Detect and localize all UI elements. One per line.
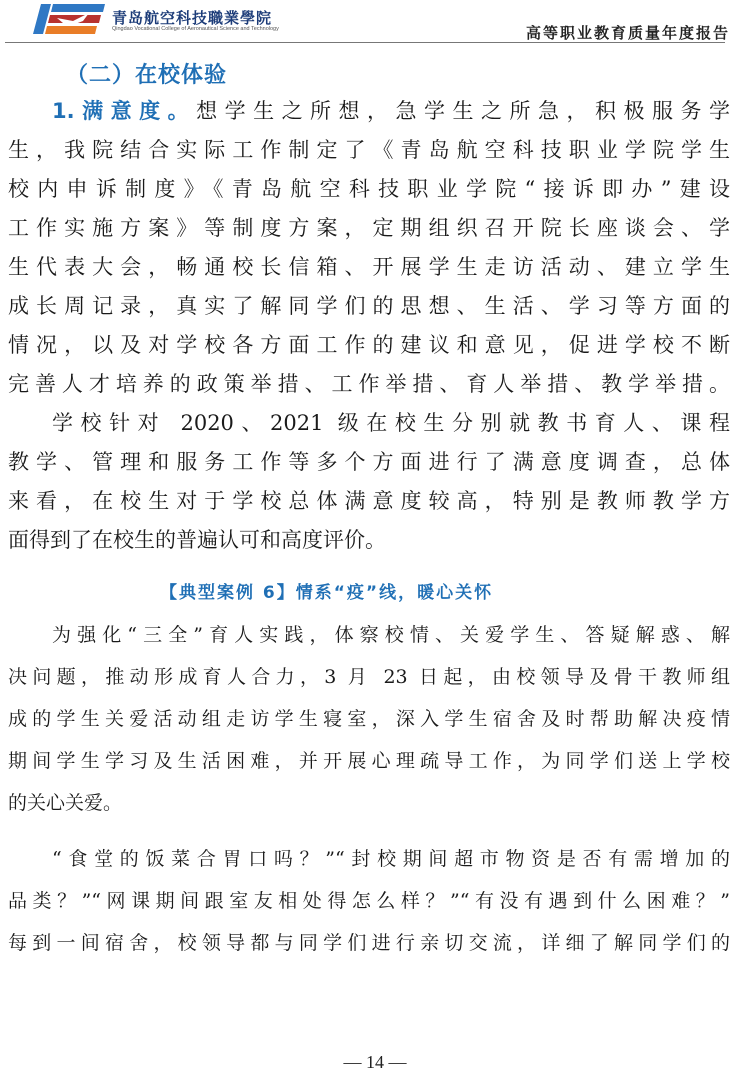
paragraph-line: 期间学生学习及生活困难，并开展心理疏导工作，为同学们送上学校 (8, 748, 730, 774)
paragraph-line: 为强化“三全”育人实践，体察校情、关爱学生、答疑解惑、解 (52, 622, 730, 648)
paragraph-line: 生，我院结合实际工作制定了《青岛航空科技职业学院学生 (8, 137, 730, 163)
page-number: — 14 — (0, 1052, 750, 1073)
paragraph-line: 工作实施方案》等制度方案，定期组织召开院长座谈会、学 (8, 215, 730, 241)
paragraph-line: 生代表大会，畅通校长信箱、开展学生走访活动、建立学生 (8, 254, 730, 280)
paragraph-line: 面得到了在校生的普遍认可和高度评价。 (8, 527, 730, 553)
report-title: 高等职业教育质量年度报告 (526, 22, 730, 43)
paragraph-line: 每到一间宿舍，校领导都与同学们进行亲切交流，详细了解同学们的 (8, 930, 730, 956)
paragraph-line: 校内申诉制度》《青岛航空科技职业学院“接诉即办”建设 (8, 176, 730, 202)
college-logo-icon (33, 4, 105, 34)
paragraph-line: 完善人才培养的政策举措、工作举措、育人举措、教学举措。 (8, 371, 730, 397)
case-study-title: 【典型案例 6】情系“疫”线，暖心关怀 (160, 578, 493, 603)
paragraph-line: 1.满意度。想学生之所想，急学生之所急，积极服务学 (52, 98, 730, 124)
paragraph-line: 决问题，推动形成育人合力，3 月 23 日起，由校领导及骨干教师组 (8, 664, 730, 690)
school-name-en: Qingdao Vocational College of Aeronautic… (112, 26, 279, 32)
paragraph-line: 品类？”“网课期间跟室友相处得怎么样？”“有没有遇到什么困难？” (8, 888, 730, 914)
page-header: 青岛航空科技職業學院 Qingdao Vocational College of… (0, 0, 750, 44)
paragraph-line: “食堂的饭菜合胃口吗？”“封校期间超市物资是否有需增加的 (52, 846, 730, 872)
paragraph-line: 成长周记录，真实了解同学们的思想、生活、学习等方面的 (8, 293, 730, 319)
paragraph-line: 成的学生关爱活动组走访学生寝室，深入学生宿舍及时帮助解决疫情 (8, 706, 730, 732)
paragraph-line: 来看，在校生对于学校总体满意度较高，特别是教师教学方 (8, 488, 730, 514)
school-name-cn: 青岛航空科技職業學院 (112, 7, 272, 28)
paragraph-line: 教学、管理和服务工作等多个方面进行了满意度调查，总体 (8, 449, 730, 475)
paragraph-lead-heading: 1.满意度。 (52, 99, 196, 123)
paragraph-line: 的关心关爱。 (8, 790, 730, 816)
section-title: （二）在校体验 (66, 58, 227, 89)
paragraph-line: 情况，以及对学校各方面工作的建议和意见，促进学校不断 (8, 332, 730, 358)
paragraph-line: 学校针对 2020、2021 级在校生分别就教书育人、课程 (52, 410, 730, 436)
header-divider (5, 42, 725, 43)
